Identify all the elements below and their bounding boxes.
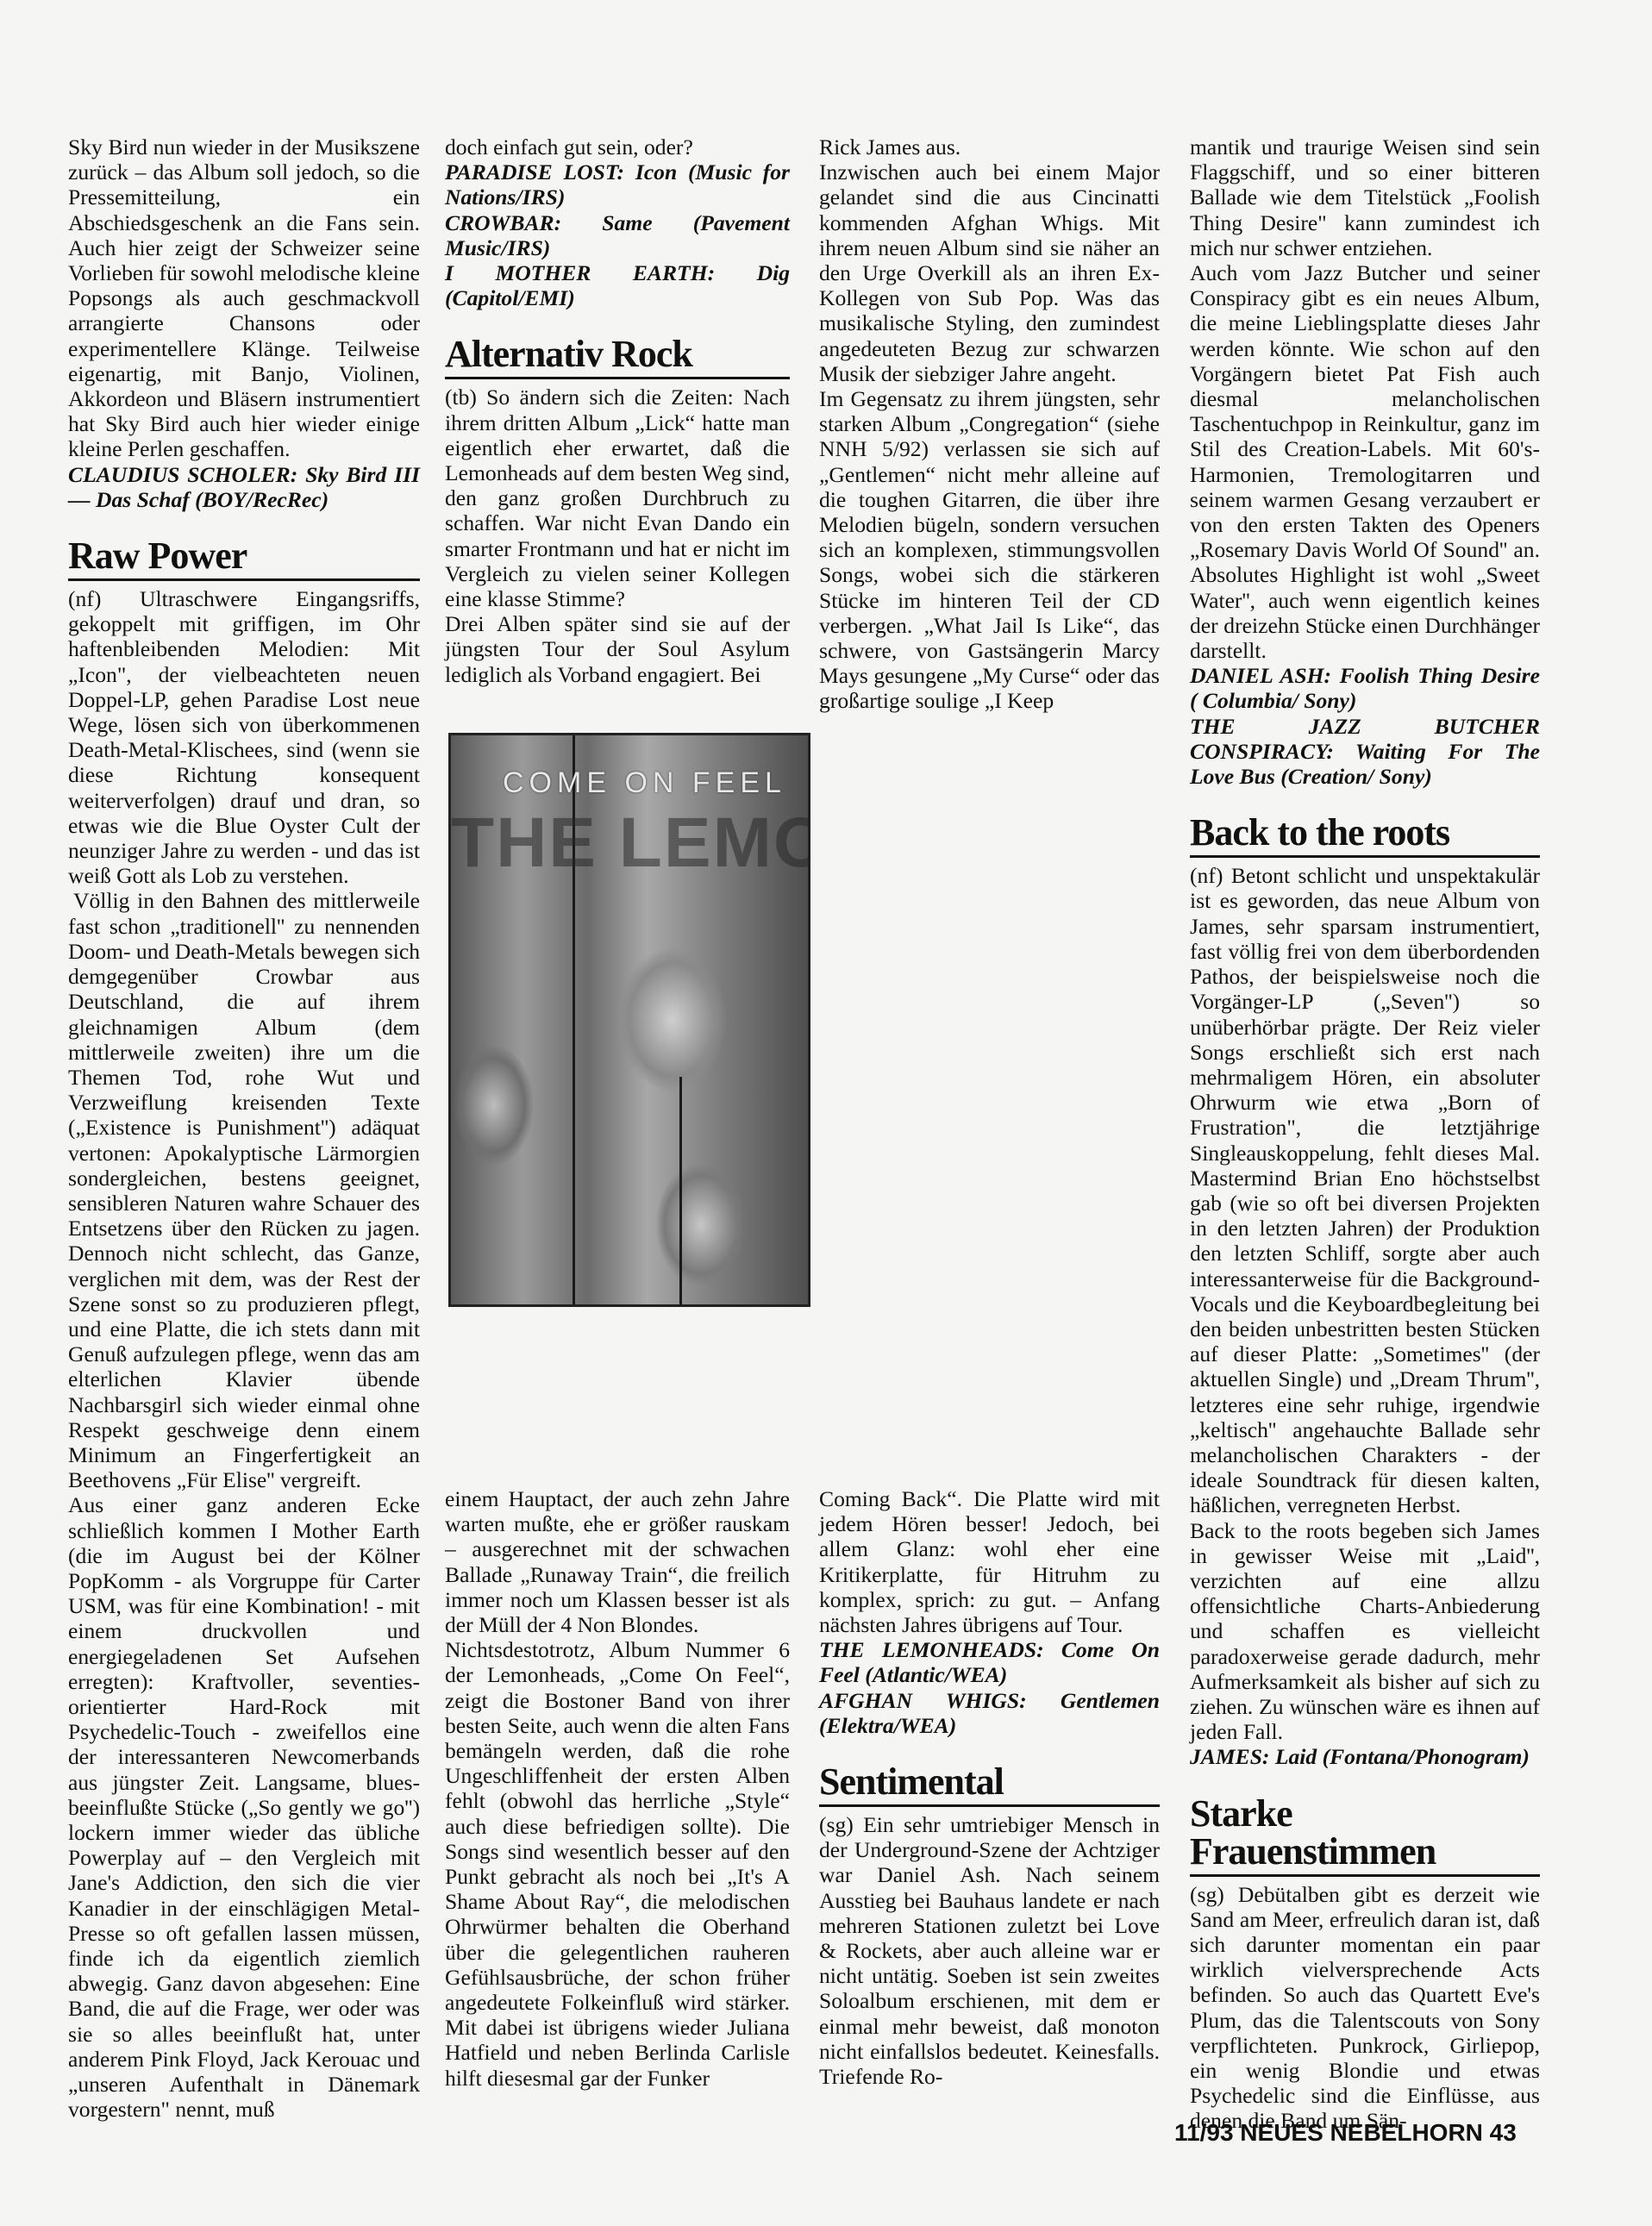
article-paragraph: Nichtsdestotrotz, Album Nummer 6 der Lem… — [445, 1637, 790, 2091]
section-heading-sentimental: Sentimental — [819, 1763, 1160, 1807]
section-heading-starke-frauenstimmen: Starke Frauenstimmen — [1190, 1795, 1540, 1877]
column-2: doch einfach gut sein, oder? PARADISE LO… — [445, 134, 790, 687]
article-paragraph: Inzwischen auch bei einem Major gelandet… — [819, 159, 1160, 386]
section-heading-raw-power: Raw Power — [68, 537, 420, 581]
cover-band-name: THE LEMONHEADS — [451, 803, 808, 884]
article-paragraph: Back to the roots begeben sich James in … — [1190, 1518, 1540, 1745]
section-heading-back-to-the-roots: Back to the roots — [1190, 814, 1540, 858]
album-credit: AFGHAN WHIGS: Gentlemen (Elektra/WEA) — [819, 1688, 1160, 1738]
article-paragraph: Drei Alben später sind sie auf der jüngs… — [445, 611, 790, 687]
article-paragraph: (sg) Debütalben gibt es derzeit wie Sand… — [1190, 1882, 1540, 2134]
article-paragraph: (nf) Ultraschwere Eingangsriffs, gekoppe… — [68, 586, 420, 888]
album-credit: I MOTHER EARTH: Dig (Capitol/EMI) — [445, 260, 790, 310]
article-paragraph: (tb) So ändern sich die Zeiten: Nach ihr… — [445, 385, 790, 611]
article-paragraph: (nf) Betont schlicht und unspektakulär i… — [1190, 863, 1540, 1517]
column-3-bottom: Coming Back“. Die Platte wird mit jedem … — [819, 1486, 1160, 2089]
album-credit: THE JAZZ BUTCHER CONSPIRACY: Waiting For… — [1190, 714, 1540, 790]
article-paragraph: Völlig in den Bahnen des mittlerweile fa… — [68, 888, 420, 1492]
column-1: Sky Bird nun wieder in der Musikszene zu… — [68, 134, 420, 2122]
album-credit: PARADISE LOST: Icon (Music for Nations/I… — [445, 159, 790, 209]
column-4: mantik und traurige Weisen sind sein Fla… — [1190, 134, 1540, 2134]
album-credit: CROWBAR: Same (Pavement Music/IRS) — [445, 210, 790, 260]
section-heading-alternativ-rock: Alternativ Rock — [445, 335, 790, 379]
article-paragraph: Rick James aus. — [819, 134, 1160, 159]
album-credit: THE LEMONHEADS: Come On Feel (Atlantic/W… — [819, 1637, 1160, 1687]
album-credit: CLAUDIUS SCHOLER: Sky Bird III — Das Sch… — [68, 462, 420, 512]
article-paragraph: Aus einer ganz anderen Ecke schließlich … — [68, 1492, 420, 2122]
page-footer: 11/93 NEUES NEBELHORN 43 — [1174, 2119, 1517, 2147]
article-paragraph: einem Hauptact, der auch zehn Jahre wart… — [445, 1486, 790, 1637]
article-paragraph: (sg) Ein sehr umtriebiger Mensch in der … — [819, 1812, 1160, 2089]
article-continuation: Sky Bird nun wieder in der Musikszene zu… — [68, 134, 420, 462]
album-cover-image: COME ON FEEL THE LEMONHEADS — [448, 733, 810, 1307]
article-paragraph: mantik und traurige Weisen sind sein Fla… — [1190, 134, 1540, 260]
article-paragraph: Coming Back“. Die Platte wird mit jedem … — [819, 1486, 1160, 1637]
album-credit: JAMES: Laid (Fontana/Phonogram) — [1190, 1744, 1540, 1769]
collage-divider — [679, 1077, 682, 1304]
album-credit: DANIEL ASH: Foolish Thing Desire ( Colum… — [1190, 663, 1540, 713]
article-paragraph: Im Gegensatz zu ihrem jüngsten, sehr sta… — [819, 386, 1160, 714]
column-2-bottom: einem Hauptact, der auch zehn Jahre wart… — [445, 1486, 790, 2091]
article-paragraph: Auch vom Jazz Butcher und seiner Conspir… — [1190, 260, 1540, 663]
column-3: Rick James aus. Inzwischen auch bei eine… — [819, 134, 1160, 714]
article-paragraph: doch einfach gut sein, oder? — [445, 134, 790, 159]
cover-title: COME ON FEEL — [503, 766, 786, 800]
